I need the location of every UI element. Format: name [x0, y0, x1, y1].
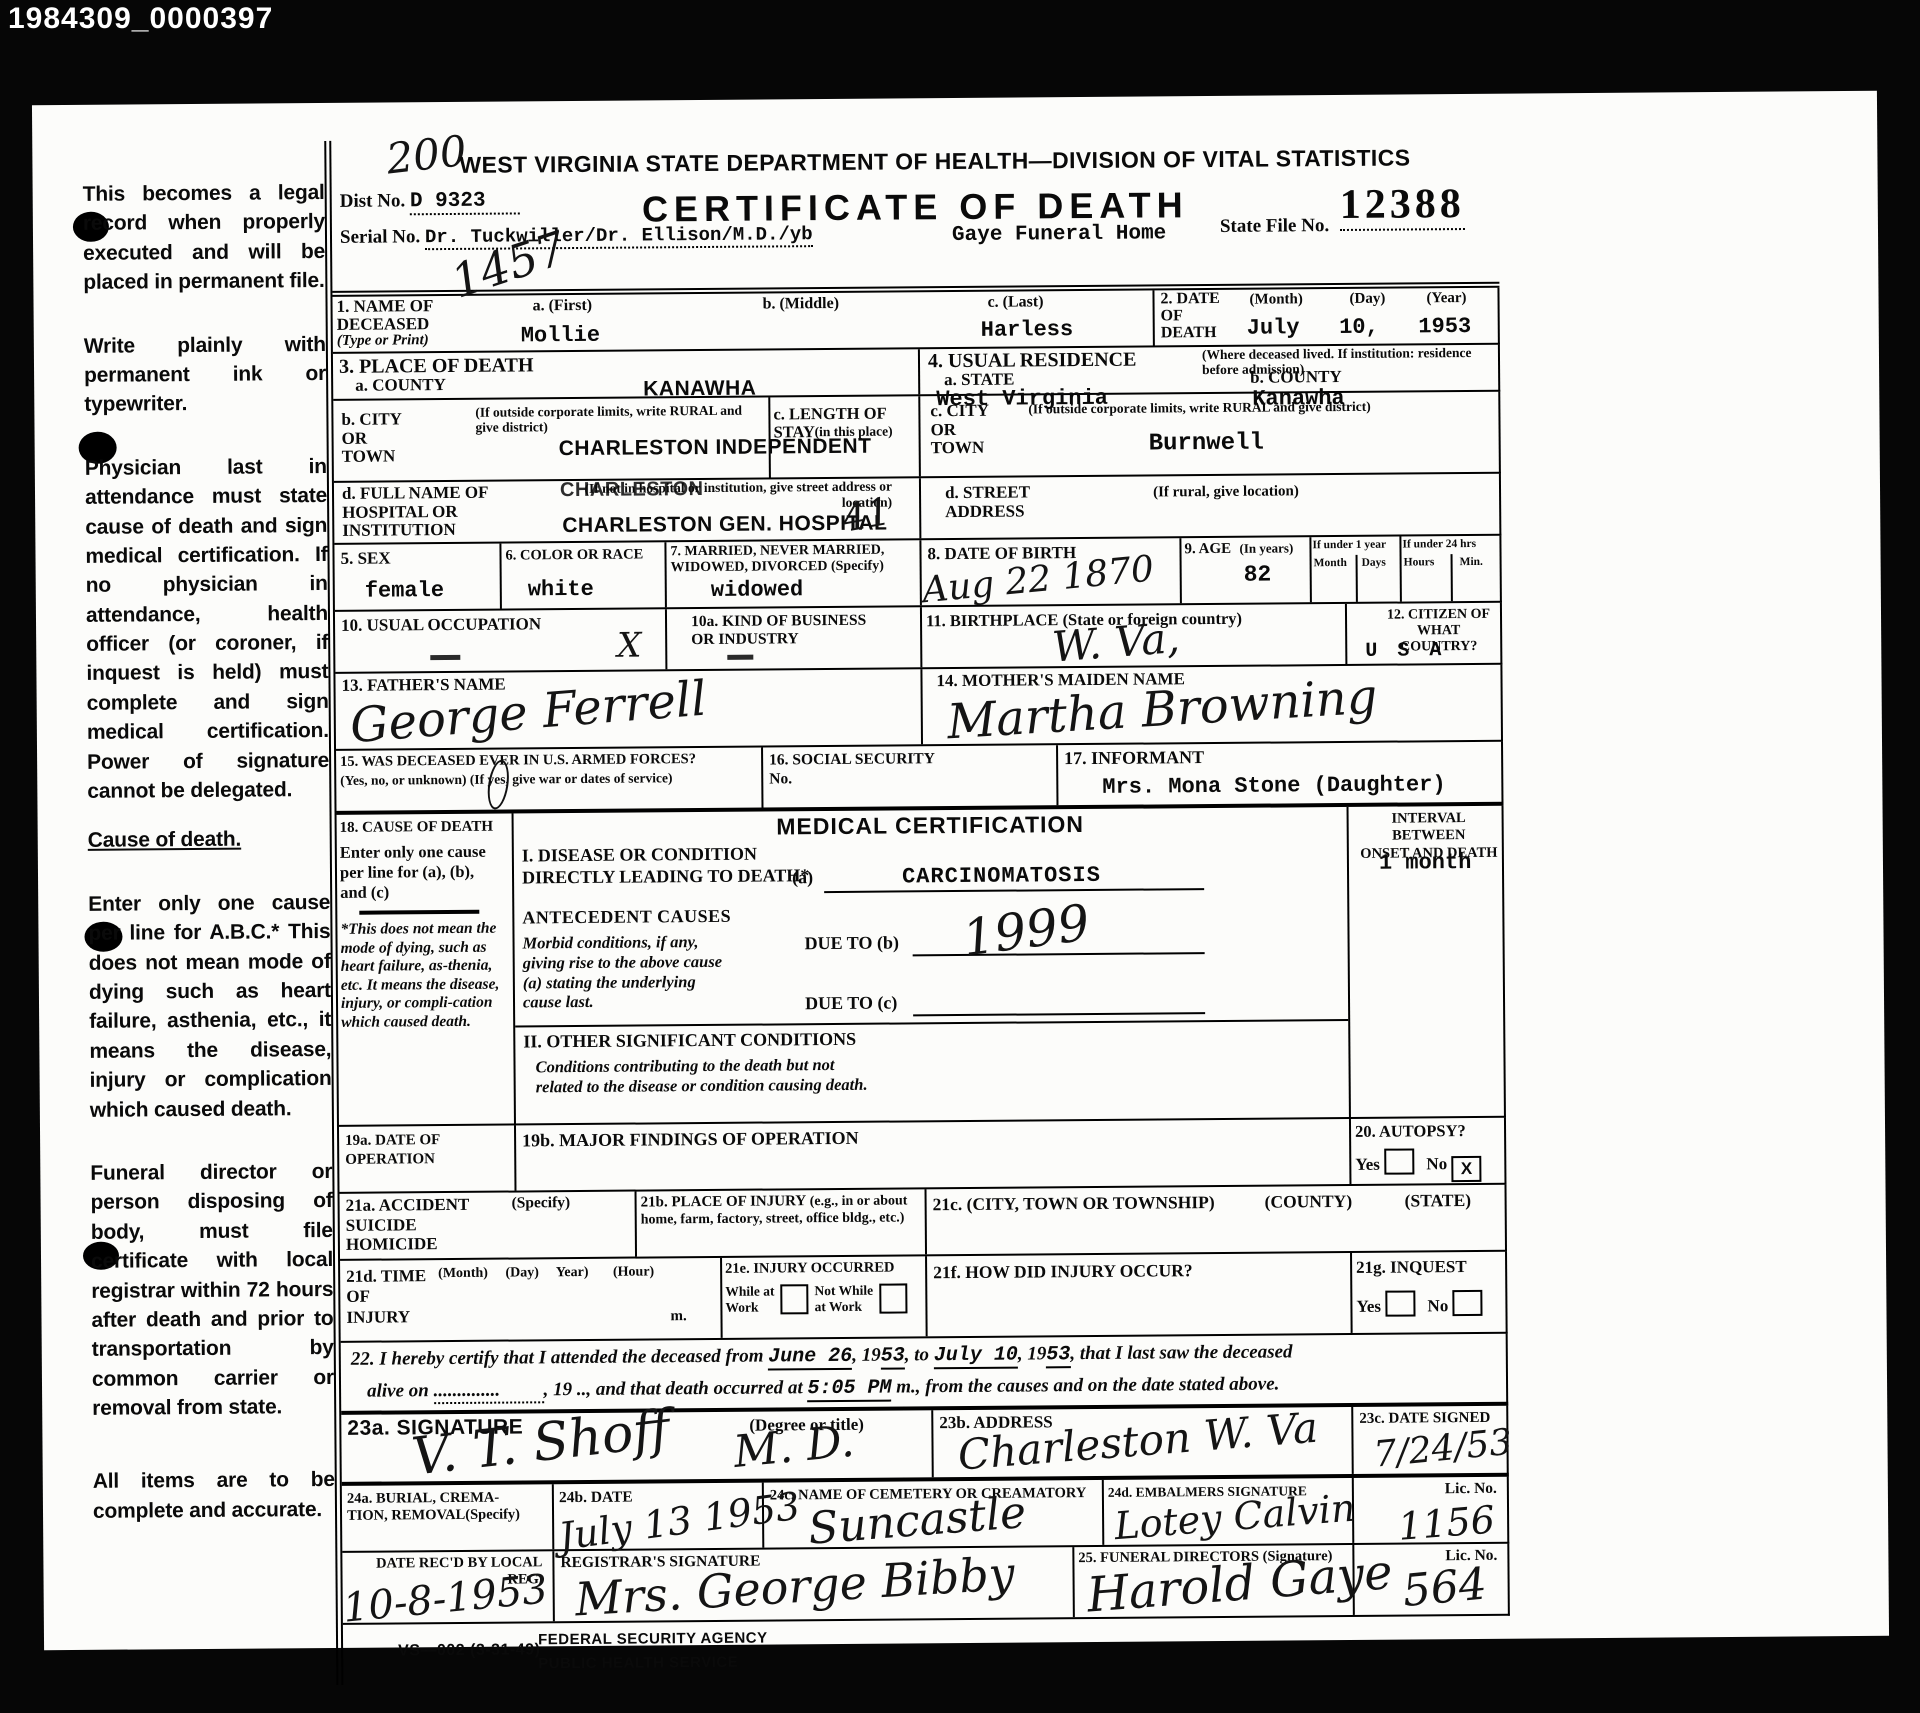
row-name: 1. NAME OF DECEASED (Type or Print) a. (…	[332, 288, 1499, 354]
certify-text: , and that death occurred at	[586, 1377, 803, 1400]
res-county-label: b. COUNTY	[1250, 367, 1342, 388]
field-street-address: d. STREET ADDRESS (If rural, give locati…	[919, 474, 1499, 539]
place-of-injury-text: 21b. PLACE OF INJURY (e.g., in or about …	[641, 1191, 921, 1229]
blank-line	[913, 1012, 1205, 1016]
field-embalmer-license: Lic. No. 1156	[1352, 1477, 1508, 1543]
instruction-paragraph: Write plainly with permanent ink or type…	[84, 330, 327, 420]
form-header: 200 WEST VIRGINIA STATE DEPARTMENT OF HE…	[331, 132, 1499, 297]
certify-text: m., from the causes and on the date stat…	[896, 1374, 1279, 1398]
agency-line-2: PUBLIC HEALTH SERVICE	[538, 1654, 738, 1673]
age-value: 82	[1244, 562, 1272, 588]
autopsy-options: Yes No X	[1355, 1148, 1481, 1183]
field-usual-residence: 4. USUAL RESIDENCE (Where deceased lived…	[918, 345, 1498, 395]
certify-text: 22. I hereby certify that I attended the…	[351, 1346, 764, 1370]
serial-number-row: Serial No. Dr. Tuckwiller/Dr. Ellison/M.…	[340, 223, 813, 251]
field-place-of-injury: 21b. PLACE OF INJURY (e.g., in or about …	[635, 1189, 926, 1256]
field-burial-date: 24b. DATE July 13 1953	[552, 1483, 763, 1550]
field-accident-suicide-homicide: 21a. ACCIDENT SUICIDE HOMICIDE (Specify)	[340, 1192, 636, 1259]
injury-city-label: 21c. (CITY, TOWN OR TOWNSHIP)	[933, 1192, 1215, 1215]
certify-line-1: 22. I hereby certify that I attended the…	[351, 1341, 1293, 1371]
first-name-label: a. (First)	[532, 297, 592, 315]
race-label: 6. COLOR OR RACE	[505, 546, 643, 564]
field-industry: 10a. KIND OF BUSINESS OR INDUSTRY	[665, 607, 920, 669]
citizen-value: U S A	[1365, 639, 1445, 663]
time-m-label: m.	[670, 1308, 686, 1325]
under-year-note: If under 1 year	[1312, 539, 1386, 552]
county-stamp-value: KANAWHA	[643, 377, 756, 402]
how-injury-label: 21f. HOW DID INJURY OCCUR?	[933, 1260, 1193, 1283]
not-while-at-work-checkbox	[879, 1283, 907, 1313]
blank-line	[824, 888, 1204, 893]
first-name-value: Mollie	[521, 323, 600, 349]
smudge	[727, 655, 753, 660]
degree-value: M. D.	[731, 1416, 856, 1478]
age-label: 9. AGE	[1184, 541, 1231, 558]
time-of-injury-label: 21d. TIME OF INJURY	[346, 1266, 426, 1328]
license-value: 1156	[1397, 1498, 1497, 1549]
due-b-value: 1999	[959, 893, 1093, 967]
street-address-label: d. STREET ADDRESS	[945, 483, 1030, 521]
row-injury-bottom: 21d. TIME OF INJURY (Month) (Day) Year) …	[340, 1252, 1508, 1343]
hours-label: Hours	[1404, 556, 1435, 568]
antecedent-label: ANTECEDENT CAUSES	[522, 906, 731, 929]
place-of-injury-label: 21b. PLACE OF INJURY	[641, 1193, 807, 1210]
field-cemetery: 24c. NAME OF CEMETERY OR CREAMATORY Sunc…	[762, 1480, 1103, 1548]
field-cause-of-death-instructions: 18. CAUSE OF DEATH Enter only one cause …	[337, 814, 514, 1125]
field-hospital: d. FULL NAME OF HOSPITAL OR INSTITUTION …	[334, 478, 919, 543]
inquest-options: Yes No	[1356, 1290, 1482, 1317]
disease-label: I. DISEASE OR CONDITION DIRECTLY LEADING…	[522, 843, 810, 888]
county-label: a. COUNTY	[355, 375, 446, 396]
inquest-no-label: No	[1427, 1296, 1448, 1315]
injury-state-label: (STATE)	[1405, 1190, 1472, 1212]
smudge	[430, 655, 460, 660]
cause-note1: Enter only one cause per line for (a), (…	[340, 842, 504, 903]
form-footer: VS—002 (3-31-49) FEDERAL SECURITY AGENCY…	[343, 1616, 1510, 1685]
informant-label: 17. INFORMANT	[1064, 747, 1204, 769]
cause-note2: *This does not mean the mode of dying, s…	[340, 920, 507, 1033]
state-value: West Virginia	[936, 386, 1108, 412]
burial-date-label: 24b. DATE	[559, 1489, 633, 1508]
field-age: 9. AGE (In years) 82	[1179, 537, 1310, 603]
from-year-value: 53	[881, 1344, 905, 1369]
sex-value: female	[365, 578, 444, 604]
cause-of-death-heading: Cause of death.	[88, 824, 330, 855]
sex-label: 5. SEX	[340, 548, 390, 568]
hospital-handwritten-number: 41	[839, 489, 895, 541]
instruction-paragraph: Funeral director or person disposing of …	[90, 1157, 334, 1423]
medical-certification-title: MEDICAL CERTIFICATION	[514, 809, 1347, 843]
occupation-value: X	[617, 625, 642, 665]
hospital-value: CHARLESTON GEN. HOSPITAL	[562, 512, 887, 539]
field-how-injury-occurred: 21f. HOW DID INJURY OCCUR?	[925, 1253, 1351, 1336]
last-name-label: c. (Last)	[987, 293, 1043, 311]
instruction-paragraph: Physician last in attendance must state …	[85, 452, 330, 807]
field-injury-location: 21c. (CITY, TOWN OR TOWNSHIP) (COUNTY) (…	[925, 1185, 1505, 1255]
field-name-of-deceased: 1. NAME OF DECEASED (Type or Print) a. (…	[332, 290, 1152, 351]
row-operation: 19a. DATE OF OPERATION 19b. MAJOR FINDIN…	[339, 1118, 1506, 1194]
hospital-label: d. FULL NAME OF HOSPITAL OR INSTITUTION	[342, 484, 489, 541]
field-date-of-operation: 19a. DATE OF OPERATION	[339, 1126, 515, 1192]
divider	[1451, 554, 1453, 601]
month-label: (Month)	[1249, 291, 1302, 308]
industry-label: 10a. KIND OF BUSINESS OR INDUSTRY	[691, 612, 866, 649]
field-place-of-death: 3. PLACE OF DEATH a. COUNTY KANAWHA	[333, 349, 918, 399]
state-file-label: State File No.	[1220, 215, 1329, 238]
license-value: 564	[1400, 1558, 1488, 1617]
other-conditions-label: II. OTHER SIGNIFICANT CONDITIONS	[523, 1029, 856, 1053]
field-under-24-hours: If under 24 hrs Hours Min.	[1399, 536, 1500, 602]
day-label: (Day)	[1349, 291, 1385, 308]
attended-to-value: July 10	[934, 1344, 1018, 1370]
inquest-yes-label: Yes	[1356, 1297, 1381, 1316]
months-label: Month	[1314, 557, 1347, 569]
certificate-form: 200 WEST VIRGINIA STATE DEPARTMENT OF HE…	[324, 132, 1510, 1685]
row-injury-top: 21a. ACCIDENT SUICIDE HOMICIDE (Specify)…	[340, 1185, 1507, 1261]
armed-forces-label: 15. WAS DECEASED EVER IN U.S. ARMED FORC…	[340, 751, 696, 771]
funeral-home-name: Gaye Funeral Home	[952, 222, 1166, 247]
field-operation-findings: 19b. MAJOR FINDINGS OF OPERATION	[514, 1119, 1349, 1191]
autopsy-no-checkbox-checked: X	[1451, 1156, 1481, 1182]
field-registrar-signature: REGISTRAR'S SIGNATURE Mrs. George Bibby	[552, 1547, 1073, 1621]
date-of-death-label: 2. DATE OF DEATH	[1160, 291, 1220, 342]
last-name-value: Harless	[981, 317, 1074, 343]
row-registrar: DATE REC'D BY LOCAL REG. 10-8-1953 REGIS…	[342, 1544, 1510, 1625]
instruction-paragraph: This becomes a legal record when properl…	[83, 178, 326, 297]
margin-instructions: This becomes a legal record when properl…	[83, 178, 336, 1560]
year-label: (Year)	[1426, 290, 1466, 307]
injury-occurred-options: While at Work Not While at Work	[725, 1282, 907, 1314]
time-of-death-value: 5:05 PM	[807, 1377, 891, 1403]
field-father-name: 13. FATHER'S NAME George Ferrell	[335, 669, 921, 749]
hospital-stamp: CHARLESTON	[560, 478, 704, 502]
field-embalmer-signature: 24d. EMBALMERS SIGNATURE Lotey Calvin	[1102, 1478, 1353, 1545]
age-note: (In years)	[1239, 540, 1293, 556]
while-at-work-checkbox	[780, 1284, 808, 1314]
field-interval-onset-death: INTERVAL BETWEEN ONSET AND DEATH 1 month	[1347, 806, 1504, 1117]
inquest-no-checkbox	[1452, 1290, 1482, 1316]
row-certification-statement: 22. I hereby certify that I attended the…	[341, 1334, 1509, 1415]
due-b-label: DUE TO (b)	[804, 932, 899, 954]
blank: ..............	[433, 1379, 543, 1404]
field-injury-occurred: 21e. INJURY OCCURRED While at Work Not W…	[720, 1256, 926, 1338]
department-title: WEST VIRGINIA STATE DEPARTMENT OF HEALTH…	[391, 144, 1478, 180]
rule	[359, 910, 479, 915]
inquest-label: 21g. INQUEST	[1356, 1257, 1467, 1278]
field-time-of-injury: 21d. TIME OF INJURY (Month) (Day) Year) …	[340, 1258, 721, 1341]
serial-number-label: Serial No.	[340, 226, 420, 248]
field-burial-type: 24a. BURIAL, CREMA- TION, REMOVAL(Specif…	[342, 1484, 553, 1551]
min-label: Min.	[1460, 556, 1483, 568]
field-date-of-death: 2. DATE OF DEATH (Month) (Day) (Year) Ju…	[1152, 288, 1497, 346]
field-birthplace: 11. BIRTHPLACE (State or foreign country…	[920, 604, 1345, 667]
field-physician-address: 23b. ADDRESS Charleston W. Va	[931, 1407, 1352, 1477]
field-funeral-director-signature: 25. FUNERAL DIRECTORS (Signature) Harold…	[1072, 1545, 1353, 1617]
disease-a-tag: (a)	[792, 867, 813, 888]
field-date-of-birth: 8. DATE OF BIRTH Aug 22 1870	[919, 538, 1180, 605]
field-informant: 17. INFORMANT Mrs. Mona Stone (Daughter)	[1056, 742, 1501, 805]
injury-occurred-label: 21e. INJURY OCCURRED	[725, 1260, 894, 1278]
accident-label: 21a. ACCIDENT SUICIDE HOMICIDE	[346, 1195, 470, 1255]
field-certification-statement: 22. I hereby certify that I attended the…	[341, 1334, 1506, 1411]
attended-from-value: June 26	[768, 1345, 852, 1371]
field-city-of-death: b. CITY OR TOWN (If outside corporate li…	[333, 397, 769, 480]
res-county-value: Kanawha	[1252, 386, 1345, 412]
row-personal: 5. SEX female 6. COLOR OR RACE white 7. …	[334, 536, 1501, 612]
inquest-yes-checkbox	[1385, 1290, 1415, 1316]
field-ssn: 16. SOCIAL SECURITY No.	[761, 745, 1056, 807]
ssn-label: 16. SOCIAL SECURITY No.	[769, 749, 1039, 788]
scan-id: 1984309_0000397	[8, 2, 273, 36]
row-burial: 24a. BURIAL, CREMA- TION, REMOVAL(Specif…	[342, 1477, 1509, 1553]
field-citizen: 12. CITIZEN OF WHAT COUNTRY? U S A	[1345, 603, 1500, 664]
license-label: Lic. No.	[1445, 1480, 1497, 1498]
field-sex: 5. SEX female	[334, 544, 500, 610]
row-occupation: 10. USUAL OCCUPATION X 10a. KIND OF BUSI…	[335, 603, 1502, 674]
field-under-one-year: If under 1 year Month Days	[1309, 537, 1400, 603]
field-autopsy: 20. AUTOPSY? Yes No X	[1349, 1118, 1505, 1184]
certificate-page: This becomes a legal record when properl…	[32, 91, 1889, 1650]
field-armed-forces: 15. WAS DECEASED EVER IN U.S. ARMED FORC…	[336, 748, 761, 811]
name-label: 1. NAME OF DECEASED	[336, 297, 433, 333]
due-c-label: DUE TO (c)	[805, 993, 898, 1015]
operation-date-label: 19a. DATE OF OPERATION	[345, 1131, 440, 1169]
date-signed-value: 7/24/53	[1372, 1422, 1514, 1476]
field-date-signed: 23c. DATE SIGNED 7/24/53	[1351, 1406, 1507, 1474]
informant-value: Mrs. Mona Stone (Daughter)	[1102, 772, 1445, 800]
to-year-value: 53	[1046, 1343, 1070, 1368]
interval-value: 1 month	[1379, 850, 1472, 876]
row-informant: 15. WAS DECEASED EVER IN U.S. ARMED FORC…	[336, 742, 1503, 815]
section-medical-certification: 18. CAUSE OF DEATH Enter only one cause …	[337, 806, 1506, 1127]
burial-label: 24a. BURIAL, CREMA- TION, REMOVAL(Specif…	[347, 1489, 520, 1525]
field-inquest: 21g. INQUEST Yes No	[1350, 1252, 1506, 1333]
autopsy-yes-checkbox	[1384, 1148, 1414, 1174]
city-label: b. CITY OR TOWN	[341, 410, 402, 467]
row-hospital: d. FULL NAME OF HOSPITAL OR INSTITUTION …	[334, 474, 1501, 545]
scanned-death-certificate: { "meta": { "photo_id": "1984309_0000397…	[0, 0, 1920, 1713]
not-while-at-work-label: Not While at Work	[814, 1283, 873, 1314]
city-note: (If outside corporate limits, write RURA…	[475, 404, 755, 436]
field-date-received: DATE REC'D BY LOCAL REG. 10-8-1953	[342, 1551, 553, 1623]
certify-text: , that I last saw the deceased	[1070, 1341, 1292, 1364]
certify-text: , 19	[852, 1345, 881, 1366]
row-parents: 13. FATHER'S NAME George Ferrell 14. MOT…	[335, 665, 1503, 751]
operation-findings-label: 19b. MAJOR FINDINGS OF OPERATION	[522, 1128, 859, 1152]
time-columns: (Month) (Day) Year) (Hour)	[438, 1264, 654, 1282]
certify-text: , to	[905, 1344, 929, 1365]
accident-note: (Specify)	[512, 1194, 571, 1212]
while-at-work-label: While at Work	[725, 1283, 774, 1314]
field-race: 6. COLOR OR RACE white	[499, 542, 665, 608]
autopsy-label: 20. AUTOPSY?	[1355, 1121, 1466, 1142]
field-medical-certification: MEDICAL CERTIFICATION I. DISEASE OR COND…	[512, 807, 1349, 1124]
autopsy-yes-label: Yes	[1355, 1155, 1380, 1174]
street-address-note: (If rural, give location)	[1153, 483, 1299, 501]
residence-city-value: Burnwell	[1149, 430, 1264, 458]
certify-line-2: alive on .............., 19 .., and that…	[367, 1374, 1279, 1405]
row-physician: 23a. SIGNATURE (Degree or title) V. T. S…	[341, 1406, 1509, 1486]
certify-text: , 19 ..	[543, 1379, 586, 1400]
disease-value: CARCINOMATOSIS	[902, 863, 1101, 890]
city-stamp-value: CHARLESTON INDEPENDENT	[559, 435, 872, 461]
occupation-label: 10. USUAL OCCUPATION	[341, 614, 541, 636]
other-conditions-note: Conditions contributing to the death but…	[535, 1055, 867, 1097]
marital-value: widowed	[711, 577, 804, 603]
instruction-paragraph: All items are to be complete and accurat…	[93, 1465, 335, 1526]
field-usual-occupation: 10. USUAL OCCUPATION X	[335, 609, 665, 672]
instruction-paragraph: Enter only one cause per line for A.B.C.…	[88, 888, 332, 1125]
birthplace-value: W. Va,	[1051, 613, 1182, 672]
under-day-note: If under 24 hrs	[1402, 538, 1476, 551]
marital-label: 7. MARRIED, NEVER MARRIED, WIDOWED, DIVO…	[670, 543, 884, 577]
cause-label: 18. CAUSE OF DEATH	[340, 819, 493, 837]
district-number-label: Dist No.	[340, 190, 406, 212]
agency-line-1: FEDERAL SECURITY AGENCY	[538, 1630, 768, 1649]
rule	[515, 1019, 1348, 1028]
autopsy-no-label: No	[1426, 1154, 1447, 1173]
race-value: white	[528, 577, 594, 603]
field-marital-status: 7. MARRIED, NEVER MARRIED, WIDOWED, DIVO…	[664, 540, 920, 607]
antecedent-note: Morbid conditions, if any, giving rise t…	[522, 932, 722, 1013]
days-label: Days	[1362, 557, 1386, 569]
divider	[1356, 555, 1358, 602]
field-physician-signature: 23a. SIGNATURE (Degree or title) V. T. S…	[341, 1410, 932, 1482]
certify-text: alive on	[367, 1380, 429, 1401]
state-file-number: 12388	[1340, 180, 1465, 231]
form-number: VS—002 (3-31-49)	[398, 1641, 540, 1660]
date-of-death-value: July 10, 1953	[1247, 314, 1472, 341]
middle-name-label: b. (Middle)	[762, 295, 839, 314]
row-place-residence: 3. PLACE OF DEATH a. COUNTY KANAWHA 4. U…	[333, 345, 1500, 401]
field-mother-name: 14. MOTHER'S MAIDEN NAME Martha Browning	[920, 665, 1501, 745]
injury-county-label: (COUNTY)	[1265, 1191, 1353, 1213]
name-sublabel: (Type or Print)	[337, 332, 429, 350]
certify-text: , 19	[1018, 1343, 1047, 1364]
